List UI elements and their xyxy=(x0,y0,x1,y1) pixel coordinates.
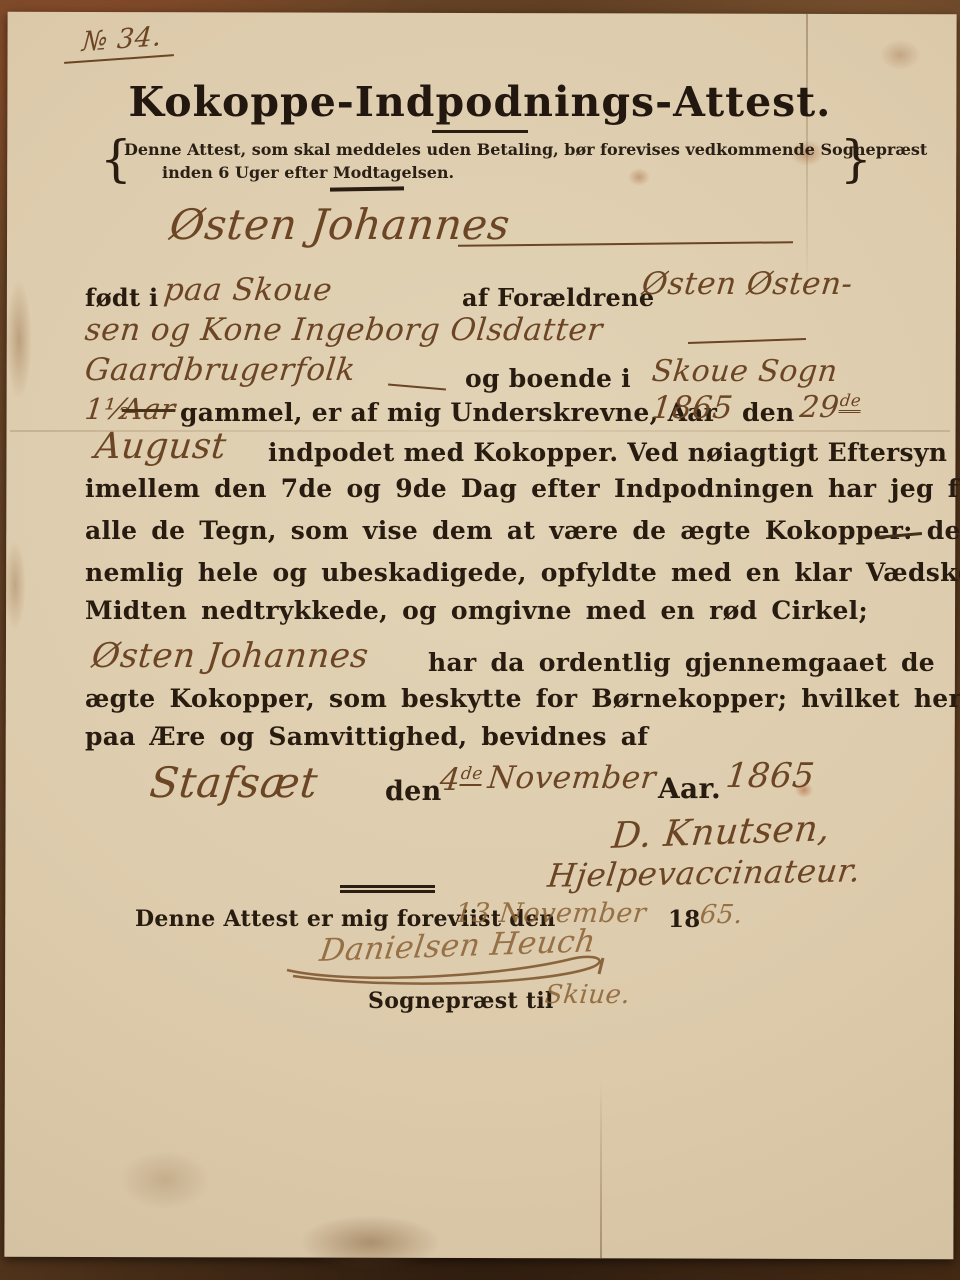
notice-text-line2: inden 6 Uger efter Modtagelsen. xyxy=(162,163,454,182)
certificate-number: № 34. xyxy=(81,21,163,58)
parents-label: af Forældrene xyxy=(462,283,654,312)
priest-role-label: Sognepræst til xyxy=(368,988,554,1014)
child-name-repeat-handwritten: Østen Johannes xyxy=(90,636,371,676)
date-day-ordinal-suffix: de xyxy=(460,764,484,786)
body-text-line6: paa Ære og Samvittighed, bevidnes af xyxy=(85,722,648,751)
body-text-line2-main: alle de Tegn, som vise dem at være de æg… xyxy=(85,516,960,545)
place-handwritten: Stafsæt xyxy=(147,758,320,807)
day-number: 29 xyxy=(798,390,841,425)
date-aar-label: Aar. xyxy=(658,772,721,805)
body-text-line4: Midten nedtrykkede, og omgivne med en rø… xyxy=(85,596,868,625)
born-label: født i xyxy=(85,283,158,312)
mother-name-handwritten: sen og Kone Ingeborg Olsdatter xyxy=(83,312,604,348)
priest-parish-handwritten: Skiue. xyxy=(543,980,631,1010)
presented-year-print: 18 xyxy=(668,906,701,933)
date-day-number: 4 xyxy=(438,762,462,798)
year-handwritten: 1865 xyxy=(650,390,735,426)
date-year-handwritten: 1865 xyxy=(724,756,817,796)
footer-divider-top xyxy=(340,885,435,888)
day-ordinal-suffix: de xyxy=(839,391,863,413)
date-month-handwritten: November xyxy=(486,760,658,796)
child-name-handwritten: Østen Johannes xyxy=(167,200,512,249)
confirmation-statement: har da ordentlig gjennemgaaet de xyxy=(428,648,935,677)
notice-text-line1: Denne Attest, som skal meddeles uden Bet… xyxy=(124,140,927,159)
father-name-handwritten: Østen Østen- xyxy=(640,266,854,302)
age-statement: gammel, er af mig Underskrevne, Aar xyxy=(180,398,717,427)
vaccination-statement: indpodet med Kokopper. Ved nøiagtigt Eft… xyxy=(268,438,947,467)
date-den-label: den xyxy=(385,776,442,807)
date-day-handwritten: 4de xyxy=(438,762,484,798)
den-label: den xyxy=(742,398,794,427)
body-text-line1: imellem den 7de og 9de Dag efter Indpodn… xyxy=(85,474,960,503)
vaccinator-signature: D. Knutsen, xyxy=(610,808,832,857)
title-underline xyxy=(432,130,528,133)
notice-brace-left: { xyxy=(100,130,132,188)
residence-handwritten: Skoue Sogn xyxy=(650,354,839,389)
day-number-handwritten: 29de xyxy=(798,390,862,425)
residence-label: og boende i xyxy=(465,364,631,393)
birthplace-handwritten: paa Skoue xyxy=(162,272,334,308)
body-text-line3: nemlig hele og ubeskadigede, opfyldte me… xyxy=(85,558,960,587)
document-title: Kokoppe-Indpodnings-Attest. xyxy=(0,78,960,126)
vaccinator-title: Hjelpevaccinateur. xyxy=(546,851,863,895)
presented-year-handwritten: 65. xyxy=(698,900,744,930)
footer-divider-bottom xyxy=(340,890,435,893)
age-word-handwritten: Aar xyxy=(120,392,177,426)
body-text-line5: ægte Kokopper, som beskytte for Børnekop… xyxy=(85,684,960,713)
notice-brace-right: } xyxy=(840,130,872,188)
body-text-line2: alle de Tegn, som vise dem at være de æg… xyxy=(85,516,960,545)
month-handwritten: August xyxy=(93,426,229,467)
occupation-handwritten: Gaardbrugerfolk xyxy=(83,352,357,388)
